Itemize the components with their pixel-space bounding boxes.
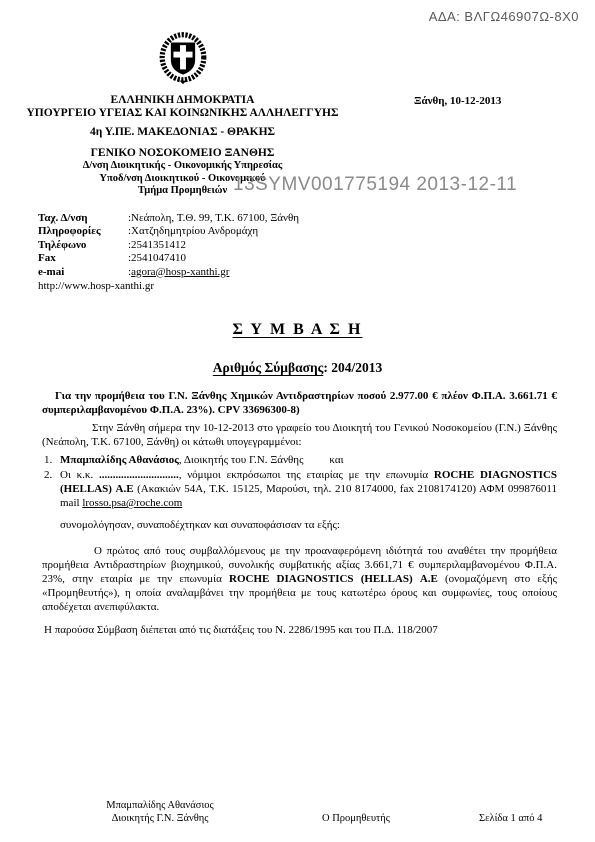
list-number: 2. [44,468,52,482]
item2-pre: Οι κ.κ. [60,469,99,481]
contact-label: e-mai [38,266,128,280]
ada-reference: ΑΔΑ: ΒΛΓΩ46907Ω-8Χ0 [429,9,579,24]
email-link[interactable]: agora@hosp-xanthi.gr [131,266,229,278]
agreement-line: συνομολόγησαν, συναποδέχτηκαν και συναπο… [60,518,557,532]
dotted-blank: ............................. [99,469,179,481]
place-date: Ξάνθη, 10-12-2013 [414,95,501,107]
signer-name: Μπαμπαλίδης Αθανάσιος [85,799,235,812]
item2-mid: , νόμιμοι εκπρόσωποι της εταιρίας με την… [179,469,434,481]
contact-value: :Νεάπολη, Τ.Θ. 99, Τ.Κ. 67100, Ξάνθη [128,212,299,224]
company-name: ROCHE DIAGNOSTICS (HELLAS) Α.Ε [229,573,438,585]
diavgeia-watermark: 13SYMV001775194 2013-12-11 [233,174,517,196]
contact-label: Τηλέφωνο [38,239,128,253]
signatory-name: Μπαμπαλίδης Αθανάσιος [60,454,179,466]
signer-block: Μπαμπαλίδης Αθανάσιος Διοικητής Γ.Ν. Ξάν… [85,799,235,825]
contact-value: :2541351412 [128,239,186,251]
signatories-list: 1.Μπαμπαλίδης Αθανάσιος, Διοικητής του Γ… [42,453,557,510]
page-number: Σελίδα 1 από 4 [479,812,542,825]
document-body: Για την προμήθεια του Γ.Ν. Ξάνθης Χημικώ… [42,389,557,637]
list-item: 2.Οι κ.κ. .............................,… [42,468,557,510]
title-block: Σ Υ Μ Β Α Σ Η Αριθμός Σύμβασης: 204/2013 [0,321,595,376]
list-item: 1.Μπαμπαλίδης Αθανάσιος, Διοικητής του Γ… [42,453,557,467]
signer-title: Διοικητής Γ.Ν. Ξάνθης [85,812,235,825]
contact-label: Πληροφορίες [38,225,128,239]
preamble-paragraph: Στην Ξάνθη σήμερα την 10-12-2013 στο γρα… [42,421,557,449]
contact-label: Fax [38,252,128,266]
contract-number-value: : 204/2013 [323,360,382,375]
health-region: 4η Υ.ΠΕ. ΜΑΚΕΔΟΝΙΑΣ - ΘΡΑΚΗΣ [0,126,365,139]
assignment-paragraph: Ο πρώτος από τους συμβαλλόμενους με την … [42,544,557,614]
subject-paragraph: Για την προμήθεια του Γ.Ν. Ξάνθης Χημικώ… [42,389,557,417]
hospital-name: ΓΕΝΙΚΟ ΝΟΣΟΚΟΜΕΙΟ ΞΑΝΘΗΣ [0,147,365,160]
contract-number-label: Αριθμός Σύμβασης [213,360,324,375]
conjunction: και [329,454,343,466]
legal-basis-line: Η παρούσα Σύμβαση διέπεται από τις διατά… [44,623,557,637]
signatory-role: , Διοικητής του Γ.Ν. Ξάνθης [179,454,304,466]
company-email-link[interactable]: lrosso.psa@roche.com [82,497,182,509]
contact-value: :Χατζηδημητρίου Ανδρομάχη [128,225,258,237]
contact-row-email: e-mai:agora@hosp-xanthi.gr [38,266,595,280]
contact-row-info: Πληροφορίες:Χατζηδημητρίου Ανδρομάχη [38,225,595,239]
contact-label: Ταχ. Δ/νση [38,212,128,226]
letterhead: ΕΛΛΗΝΙΚΗ ΔΗΜΟΚΡΑΤΙΑ ΥΠΟΥΡΓΕΙΟ ΥΓΕΙΑΣ ΚΑΙ… [0,0,365,198]
republic-title: ΕΛΛΗΝΙΚΗ ΔΗΜΟΚΡΑΤΙΑ [0,94,365,107]
contact-value: :2541047410 [128,252,186,264]
document-page: ΑΔΑ: ΒΛΓΩ46907Ω-8Χ0 ΕΛΛΗΝΙΚΗ ΔΗΜΟΚΡΑΤΙΑ … [0,0,595,842]
contact-row-phone: Τηλέφωνο:2541351412 [38,239,595,253]
website-url: http://www.hosp-xanthi.gr [38,280,595,294]
ministry-title: ΥΠΟΥΡΓΕΙΟ ΥΓΕΙΑΣ ΚΑΙ ΚΟΙΝΩΝΙΚΗΣ ΑΛΛΗΛΕΓΓ… [0,107,365,120]
supplier-signature-label: Ο Προμηθευτής [322,812,390,825]
list-number: 1. [44,453,52,467]
contract-number-line: Αριθμός Σύμβασης: 204/2013 [0,360,595,376]
greek-coat-of-arms-icon [157,30,209,88]
contact-row-address: Ταχ. Δ/νση:Νεάπολη, Τ.Θ. 99, Τ.Κ. 67100,… [38,212,595,226]
contact-row-fax: Fax:2541047410 [38,252,595,266]
contact-block: Ταχ. Δ/νση:Νεάπολη, Τ.Θ. 99, Τ.Κ. 67100,… [38,212,595,294]
contract-title: Σ Υ Μ Β Α Σ Η [0,321,595,339]
directorate-line: Δ/νση Διοικητικής - Οικονομικής Υπηρεσία… [0,160,365,173]
